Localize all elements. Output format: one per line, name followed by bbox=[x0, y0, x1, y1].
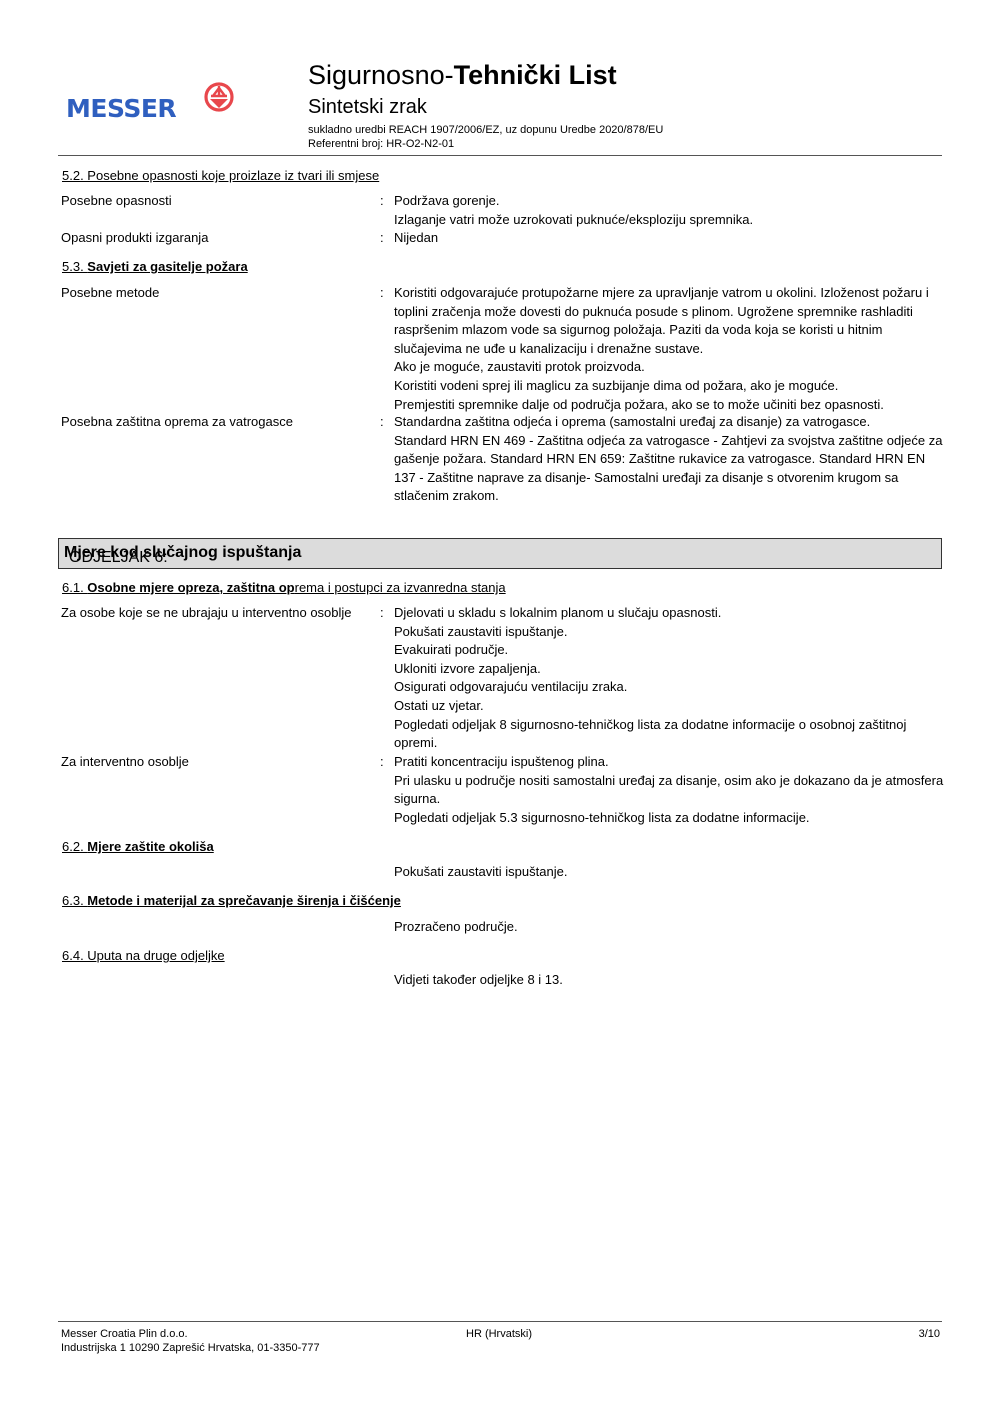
footer-address: Industrijska 1 10290 Zaprešić Hrvatska, … bbox=[61, 1341, 320, 1355]
value-neinterventno-osoblje: Djelovati u skladu s lokalnim planom u s… bbox=[394, 604, 944, 753]
colon: : bbox=[380, 753, 384, 772]
heading-5-2: 5.2. Posebne opasnosti koje proizlaze iz… bbox=[62, 168, 379, 183]
label-zastitna-oprema: Posebna zaštitna oprema za vatrogasce bbox=[61, 413, 293, 432]
value-6-3: Prozračeno područje. bbox=[394, 918, 944, 937]
header-divider bbox=[58, 155, 942, 156]
colon: : bbox=[380, 413, 384, 432]
heading-6-2: 6.2. Mjere zaštite okoliša bbox=[62, 839, 214, 854]
label-opasni-produkti: Opasni produkti izgaranja bbox=[61, 229, 208, 248]
value-posebne-opasnosti: Podržava gorenje. Izlaganje vatri može u… bbox=[394, 192, 944, 229]
section-6-header: ODJELJAK 6: Mjere kod slučajnog ispuštan… bbox=[58, 538, 942, 569]
reference-number: Referentni broj: HR-O2-N2-01 bbox=[308, 137, 663, 151]
colon: : bbox=[380, 604, 384, 623]
value-6-2: Pokušati zaustaviti ispuštanje. bbox=[394, 863, 944, 882]
colon: : bbox=[380, 284, 384, 303]
colon: : bbox=[380, 192, 384, 211]
logo-wordmark: MESSER bbox=[66, 94, 176, 123]
value-posebne-metode: Koristiti odgovarajuće protupožarne mjer… bbox=[394, 284, 944, 414]
page-number: 3/10 bbox=[900, 1327, 940, 1341]
value-opasni-produkti: Nijedan bbox=[394, 229, 944, 248]
document-title: Sigurnosno-Tehnički List bbox=[308, 58, 617, 92]
footer-language: HR (Hrvatski) bbox=[466, 1327, 532, 1341]
label-posebne-opasnosti: Posebne opasnosti bbox=[61, 192, 172, 211]
heading-5-3: 5.3. Savjeti za gasitelje požara bbox=[62, 259, 248, 274]
label-neinterventno-osoblje: Za osobe koje se ne ubrajaju u intervent… bbox=[61, 604, 352, 623]
product-name: Sintetski zrak bbox=[308, 95, 427, 119]
value-interventno-osoblje: Pratiti koncentraciju ispuštenog plina. … bbox=[394, 753, 944, 827]
heading-6-4: 6.4. Uputa na druge odjeljke bbox=[62, 948, 225, 963]
label-interventno-osoblje: Za interventno osoblje bbox=[61, 753, 189, 772]
label-posebne-metode: Posebne metode bbox=[61, 284, 159, 303]
value-zastitna-oprema: Standardna zaštitna odjeća i oprema (sam… bbox=[394, 413, 944, 506]
heading-6-3: 6.3. Metode i materijal za sprečavanje š… bbox=[62, 893, 401, 908]
value-6-4: Vidjeti također odjeljke 8 i 13. bbox=[394, 971, 944, 990]
footer-company: Messer Croatia Plin d.o.o. Industrijska … bbox=[61, 1327, 320, 1355]
heading-6-1: 6.1. Osobne mjere opreza, zaštitna oprem… bbox=[62, 580, 506, 595]
messer-logo: MESSER bbox=[66, 82, 236, 124]
messer-bottle-icon bbox=[204, 82, 234, 112]
footer-divider bbox=[58, 1321, 942, 1322]
regulation-note: sukladno uredbi REACH 1907/2006/EZ, uz d… bbox=[308, 123, 663, 151]
colon: : bbox=[380, 229, 384, 248]
